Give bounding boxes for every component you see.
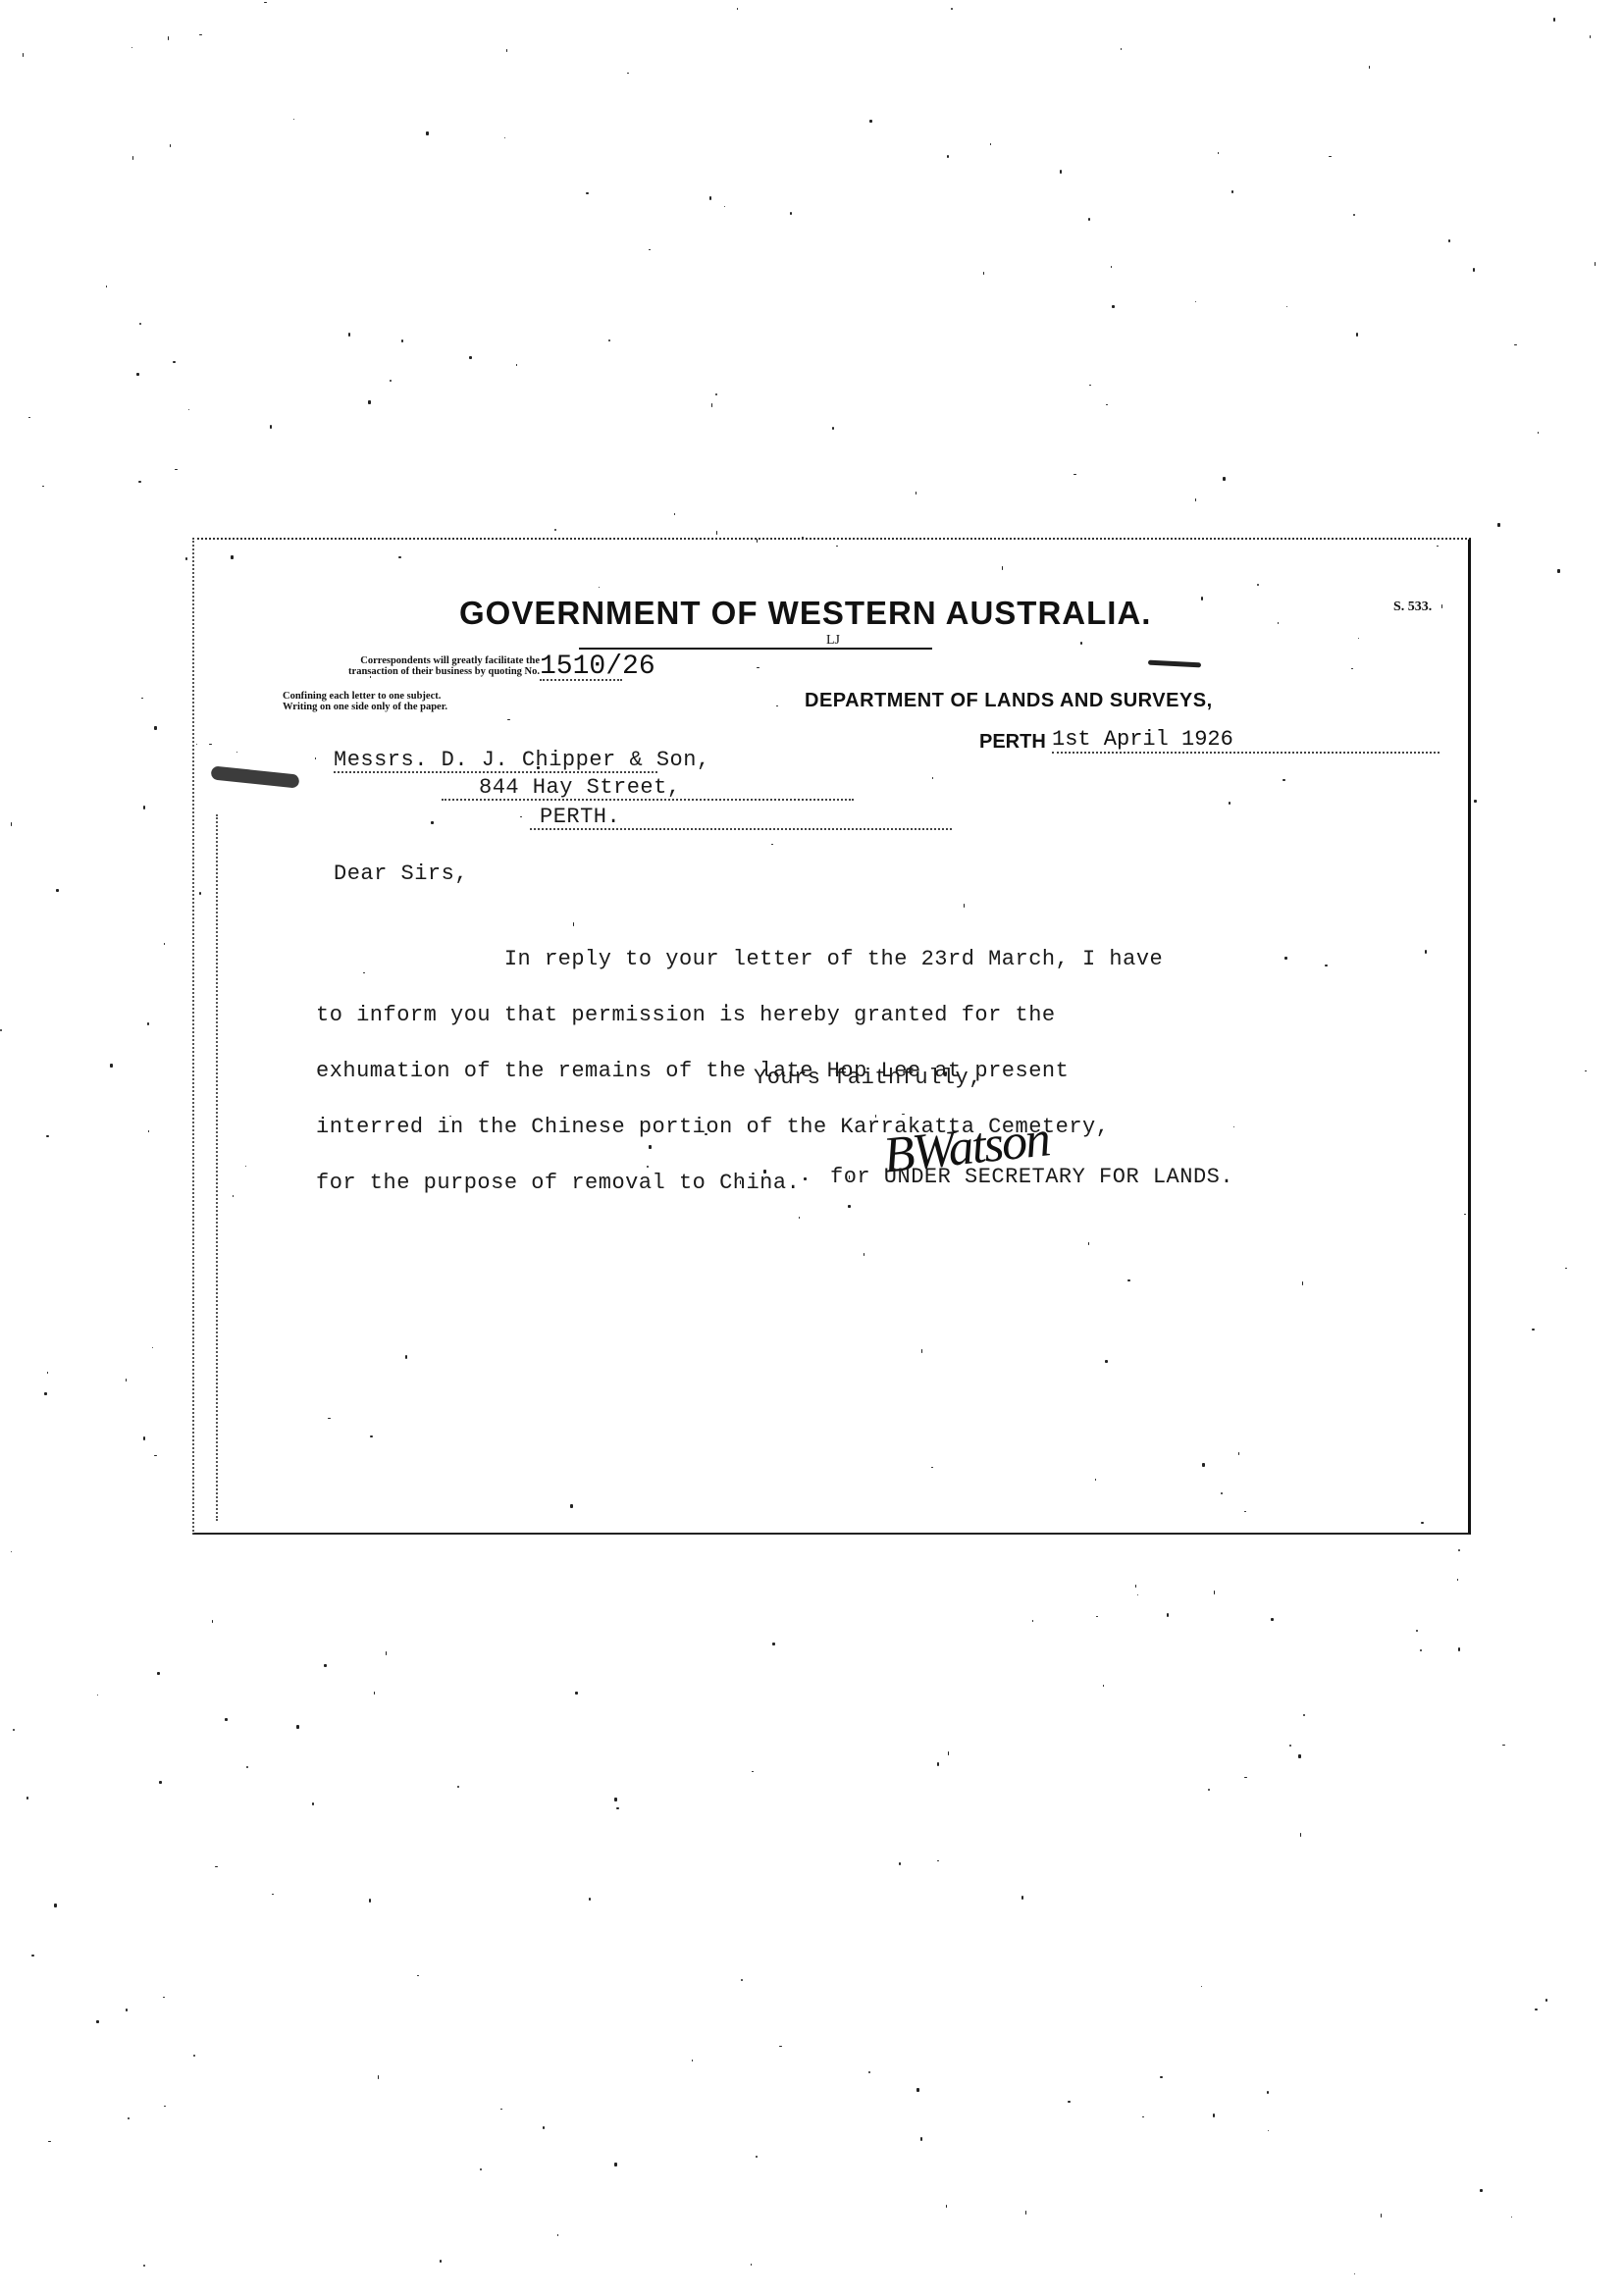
scan-speck (368, 400, 371, 404)
scan-speck (799, 1217, 800, 1219)
scan-speck (143, 806, 145, 809)
scan-speck (1160, 2076, 1163, 2078)
scan-speck (245, 1166, 246, 1167)
scan-speck (573, 922, 574, 926)
scan-speck (1032, 1620, 1033, 1622)
instruction-note: Confining each letter to one subject. Wr… (283, 691, 447, 712)
scan-speck (868, 2071, 870, 2073)
body-line: interred in the Chinese portion of the K… (316, 1118, 1356, 1136)
instruction-line: Confining each letter to one subject. (283, 691, 447, 702)
scan-speck (1271, 1618, 1274, 1621)
scan-speck (599, 587, 600, 588)
scan-speck (270, 425, 272, 429)
scan-speck (937, 1762, 939, 1766)
scan-speck (157, 1672, 160, 1675)
scan-speck (1195, 301, 1196, 302)
scan-speck (790, 212, 792, 215)
scan-speck (864, 1253, 864, 1256)
scan-speck (537, 766, 540, 769)
scan-speck (1437, 546, 1439, 547)
scan-speck (752, 1771, 754, 1772)
city-dotted-line (530, 828, 952, 830)
scan-speck (1420, 1649, 1422, 1651)
scan-speck (1369, 66, 1370, 69)
scan-speck (931, 1467, 933, 1468)
scan-speck (1511, 2217, 1512, 2218)
scan-speck (937, 1860, 939, 1861)
scan-speck (215, 1866, 218, 1867)
scan-speck (1325, 965, 1328, 966)
scan-speck (705, 1133, 707, 1135)
scan-speck (1464, 1214, 1466, 1215)
scan-speck (716, 531, 717, 535)
scan-speck (138, 481, 141, 483)
scan-speck (1458, 1647, 1460, 1651)
scan-speck (148, 1130, 149, 1132)
scan-speck (1353, 214, 1355, 216)
scan-speck (1457, 1579, 1458, 1581)
addressee-name: Messrs. D. J. Chipper & Son, (334, 748, 710, 772)
scan-speck (154, 1455, 157, 1456)
addressee-dotted-line (334, 771, 657, 773)
scan-speck (554, 529, 556, 531)
form-number: S. 533. (1393, 600, 1432, 615)
scan-speck (945, 1071, 947, 1075)
scan-speck (1025, 2211, 1026, 2215)
scan-speck (128, 2117, 130, 2119)
scan-speck (948, 1751, 949, 1755)
scan-speck (11, 1551, 12, 1552)
scan-speck (296, 1725, 299, 1729)
scan-speck (1089, 385, 1091, 386)
scan-speck (54, 1904, 57, 1907)
scan-speck (1202, 1463, 1205, 1467)
scan-speck (616, 1807, 619, 1809)
scan-speck (126, 2009, 128, 2011)
scan-speck (1111, 266, 1112, 268)
scan-speck (1514, 344, 1517, 345)
scan-speck (1095, 1479, 1096, 1481)
scan-speck (185, 557, 187, 560)
scan-speck (947, 155, 949, 158)
scan-speck (374, 1692, 375, 1695)
scan-speck (264, 2, 267, 3)
note-line: transaction of their business by quoting… (253, 666, 540, 677)
scan-speck (96, 2020, 99, 2023)
scan-speck (369, 1899, 371, 1903)
scan-speck (1283, 779, 1285, 781)
scan-speck (1480, 2189, 1483, 2192)
scan-speck (500, 2109, 502, 2110)
scan-speck (516, 364, 517, 366)
scan-speck (1218, 152, 1219, 154)
scan-speck (1195, 498, 1196, 501)
scan-speck (1106, 404, 1108, 405)
salutation: Dear Sirs, (334, 861, 468, 886)
scan-speck (1553, 18, 1555, 22)
scan-speck (48, 2141, 51, 2142)
scan-speck (1231, 190, 1233, 193)
scan-speck (1502, 1745, 1505, 1746)
scan-speck (771, 844, 773, 845)
scan-speck (1585, 1070, 1587, 1071)
scan-speck (1441, 604, 1442, 608)
scan-speck (315, 757, 316, 759)
scan-speck (159, 1781, 162, 1784)
body-line: to inform you that permission is hereby … (316, 1006, 1356, 1024)
scan-speck (28, 417, 30, 418)
scan-speck (97, 1695, 98, 1696)
scan-speck (469, 356, 472, 359)
scan-speck (1142, 2116, 1144, 2117)
scan-speck (272, 1894, 274, 1895)
scan-speck (141, 698, 143, 699)
scan-speck (674, 513, 675, 515)
scan-speck (1532, 1329, 1535, 1331)
scan-speck (848, 1205, 851, 1208)
scan-speck (246, 1766, 248, 1768)
scan-speck (832, 427, 834, 430)
scan-speck (56, 889, 59, 892)
scan-speck (1535, 2009, 1538, 2010)
scan-speck (932, 777, 933, 779)
scan-speck (163, 1997, 165, 1998)
scan-speck (209, 744, 212, 745)
scan-speck (725, 1004, 727, 1008)
scan-speck (426, 131, 429, 135)
scan-speck (1213, 2113, 1215, 2117)
scan-speck (1233, 1126, 1234, 1127)
scan-speck (741, 1979, 743, 1981)
scan-speck (31, 1955, 34, 1957)
scan-speck (614, 1798, 617, 1801)
scan-speck (293, 119, 294, 120)
scan-speck (164, 2106, 166, 2107)
scan-speck (1303, 1714, 1305, 1716)
scan-speck (1021, 1896, 1023, 1900)
scan-speck (647, 1166, 649, 1168)
scan-speck (715, 393, 717, 395)
scan-speck (1545, 1999, 1547, 2002)
scan-speck (1286, 306, 1287, 307)
scan-speck (711, 403, 712, 407)
scan-speck (1103, 1685, 1104, 1687)
scan-speck (1425, 950, 1427, 954)
scan-speck (1289, 1745, 1291, 1747)
scan-speck (1214, 1591, 1215, 1594)
scan-speck (231, 555, 234, 559)
scan-speck (370, 1435, 373, 1437)
scan-speck (951, 8, 953, 10)
scan-speck (378, 2075, 379, 2079)
instruction-line: Writing on one side only of the paper. (283, 702, 447, 712)
scan-speck (1354, 2273, 1355, 2274)
scan-speck (553, 953, 556, 954)
scan-speck (1121, 48, 1122, 50)
scan-speck (921, 1349, 922, 1353)
scan-speck (507, 719, 510, 720)
scan-speck (1088, 218, 1090, 221)
fold-mark (216, 814, 220, 1521)
scan-speck (1268, 2130, 1269, 2131)
scan-speck (869, 120, 872, 123)
scan-speck (1229, 802, 1230, 805)
scan-speck (1351, 668, 1353, 669)
correspondence-note: Correspondents will greatly facilitate t… (253, 655, 540, 677)
scan-speck (139, 323, 141, 325)
scan-speck (236, 752, 237, 753)
scan-speck (1135, 1585, 1136, 1588)
scan-speck (1358, 638, 1359, 639)
scan-speck (348, 333, 350, 337)
scan-speck (386, 1651, 387, 1655)
scan-speck (44, 1392, 47, 1395)
scan-speck (1448, 239, 1450, 242)
scan-speck (983, 272, 984, 275)
scan-speck (1137, 1594, 1138, 1595)
scan-speck (328, 1418, 331, 1419)
scan-speck (11, 822, 12, 826)
scan-speck (0, 1029, 2, 1031)
scan-speck (1329, 156, 1332, 157)
letter-date: 1st April 1926 (1052, 727, 1233, 752)
scan-speck (1302, 1281, 1303, 1285)
scan-speck (1300, 1833, 1301, 1837)
scan-speck (916, 2088, 919, 2092)
scan-speck (324, 1664, 327, 1667)
scan-speck (199, 892, 201, 895)
scan-speck (1381, 2214, 1382, 2218)
scan-speck (757, 667, 759, 668)
scan-speck (504, 137, 505, 138)
scan-speck (196, 744, 197, 745)
scan-speck (1473, 268, 1475, 272)
scan-speck (1167, 1613, 1169, 1617)
scan-speck (26, 1797, 28, 1800)
scan-speck (1127, 1279, 1130, 1281)
scan-speck (363, 972, 365, 973)
scan-speck (737, 8, 738, 10)
scan-speck (449, 1116, 451, 1117)
scan-speck (804, 1177, 807, 1180)
scan-speck (1105, 1360, 1108, 1363)
scan-speck (1538, 432, 1539, 434)
scan-speck (13, 1729, 15, 1731)
scan-speck (802, 537, 804, 538)
scan-speck (1474, 800, 1477, 803)
scan-speck (1068, 2101, 1071, 2103)
scan-speck (506, 49, 507, 52)
body-line: In reply to your letter of the 23rd Marc… (316, 950, 1356, 968)
closing: Yours faithfully, (754, 1066, 982, 1090)
scan-speck (405, 1355, 407, 1359)
scan-speck (570, 1504, 573, 1508)
scan-speck (1238, 1452, 1239, 1455)
scan-speck (557, 2234, 558, 2236)
scan-speck (1060, 170, 1062, 174)
scan-speck (776, 705, 778, 706)
scan-speck (649, 1145, 652, 1149)
scan-speck (964, 904, 965, 908)
scan-speck (990, 143, 991, 145)
scan-speck (757, 539, 758, 543)
scan-speck (1002, 566, 1003, 570)
scan-speck (614, 2163, 617, 2166)
scan-speck (1244, 1777, 1247, 1778)
scan-speck (920, 2137, 922, 2141)
addressee-street: 844 Hay Street, (479, 775, 681, 800)
scan-speck (168, 36, 169, 40)
scan-speck (225, 1718, 228, 1721)
scan-speck (147, 1022, 149, 1025)
scan-speck (417, 1975, 419, 1976)
letterhead-title: GOVERNMENT OF WESTERN AUSTRALIA. (459, 595, 1151, 632)
scan-speck (131, 47, 132, 48)
reference-dotted-line (540, 679, 622, 681)
scan-speck (902, 1114, 905, 1115)
scan-speck (154, 726, 157, 730)
scan-speck (401, 339, 403, 342)
title-rule (579, 648, 932, 650)
scan-speck (520, 816, 522, 817)
scan-speck (1223, 477, 1226, 481)
scan-speck (23, 53, 24, 57)
scan-speck (188, 409, 189, 410)
scan-speck (46, 1135, 49, 1137)
scan-speck (1073, 474, 1076, 475)
scan-speck (627, 73, 629, 74)
scan-speck (1201, 1986, 1202, 1987)
scan-speck (42, 486, 44, 487)
scan-speck (212, 1620, 213, 1623)
note-line: Correspondents will greatly facilitate t… (253, 655, 540, 666)
scan-speck (164, 943, 165, 945)
scan-speck (1221, 1492, 1223, 1494)
scan-speck (1208, 1789, 1210, 1791)
scan-speck (443, 1117, 444, 1118)
scan-speck (875, 1115, 876, 1118)
scan-speck (724, 206, 725, 207)
place-label: PERTH (979, 731, 1046, 754)
scan-speck (589, 1898, 591, 1901)
initials: LJ (826, 633, 840, 649)
scan-speck (649, 249, 651, 250)
scan-speck (431, 821, 434, 824)
scan-speck (440, 2260, 442, 2263)
scan-speck (233, 1195, 234, 1197)
scan-speck (370, 676, 371, 678)
scan-speck (1284, 957, 1287, 960)
scan-speck (1458, 1549, 1460, 1551)
scan-speck (772, 1643, 775, 1645)
scan-speck (1416, 1630, 1418, 1632)
scan-speck (1595, 262, 1596, 266)
scan-speck (1096, 1616, 1098, 1617)
scan-speck (586, 192, 589, 194)
scan-speck (170, 144, 171, 147)
scan-speck (899, 1862, 901, 1865)
scan-speck (47, 1372, 48, 1374)
scan-speck (199, 34, 202, 35)
scan-speck (390, 380, 392, 382)
scan-speck (756, 2156, 758, 2158)
scan-speck (398, 556, 401, 558)
scan-speck (480, 2168, 482, 2170)
scan-speck (152, 1347, 153, 1348)
scan-speck (1590, 35, 1591, 38)
scan-speck (1267, 2091, 1269, 2094)
scan-speck (143, 1436, 145, 1440)
scan-speck (1257, 584, 1259, 586)
scan-speck (1088, 1242, 1089, 1245)
addressee-city: PERTH. (540, 805, 620, 829)
scan-speck (1497, 523, 1500, 527)
scan-speck (132, 156, 133, 160)
scan-speck (126, 1379, 127, 1382)
scan-speck (457, 1786, 459, 1788)
scan-speck (916, 492, 916, 495)
scan-speck (1080, 642, 1082, 645)
scan-speck (575, 1692, 578, 1695)
scan-speck (193, 2055, 195, 2057)
scan-speck (173, 361, 176, 363)
scan-speck (1278, 622, 1279, 624)
scan-speck (608, 339, 610, 341)
scan-speck (779, 2046, 782, 2047)
scan-speck (751, 2264, 752, 2266)
scan-speck (1244, 1511, 1246, 1512)
scan-speck (849, 1175, 850, 1179)
department-name: DEPARTMENT OF LANDS AND SURVEYS, (805, 690, 1213, 712)
scan-speck (740, 1180, 741, 1184)
scan-speck (175, 469, 178, 470)
scan-speck (1112, 305, 1115, 308)
date-dotted-line (1052, 752, 1440, 754)
scan-speck (836, 546, 838, 547)
scan-speck (143, 2265, 145, 2267)
signatory-title: for UNDER SECRETARY FOR LANDS. (830, 1165, 1233, 1189)
scan-speck (692, 2060, 693, 2061)
reference-number: 1510/26 (540, 652, 655, 682)
scan-speck (1421, 1522, 1424, 1524)
scan-speck (136, 373, 139, 376)
scan-speck (106, 286, 107, 287)
scan-speck (1201, 597, 1203, 600)
scan-speck (1356, 333, 1358, 337)
scan-speck (1298, 1754, 1301, 1758)
scan-speck (946, 2205, 947, 2208)
scan-speck (110, 1064, 113, 1068)
scan-speck (1557, 569, 1560, 573)
street-dotted-line (442, 799, 854, 801)
scan-speck (1565, 1268, 1567, 1269)
scan-speck (312, 1802, 314, 1805)
scan-speck (763, 1170, 766, 1174)
scan-speck (543, 2126, 545, 2129)
scan-speck (709, 196, 711, 200)
